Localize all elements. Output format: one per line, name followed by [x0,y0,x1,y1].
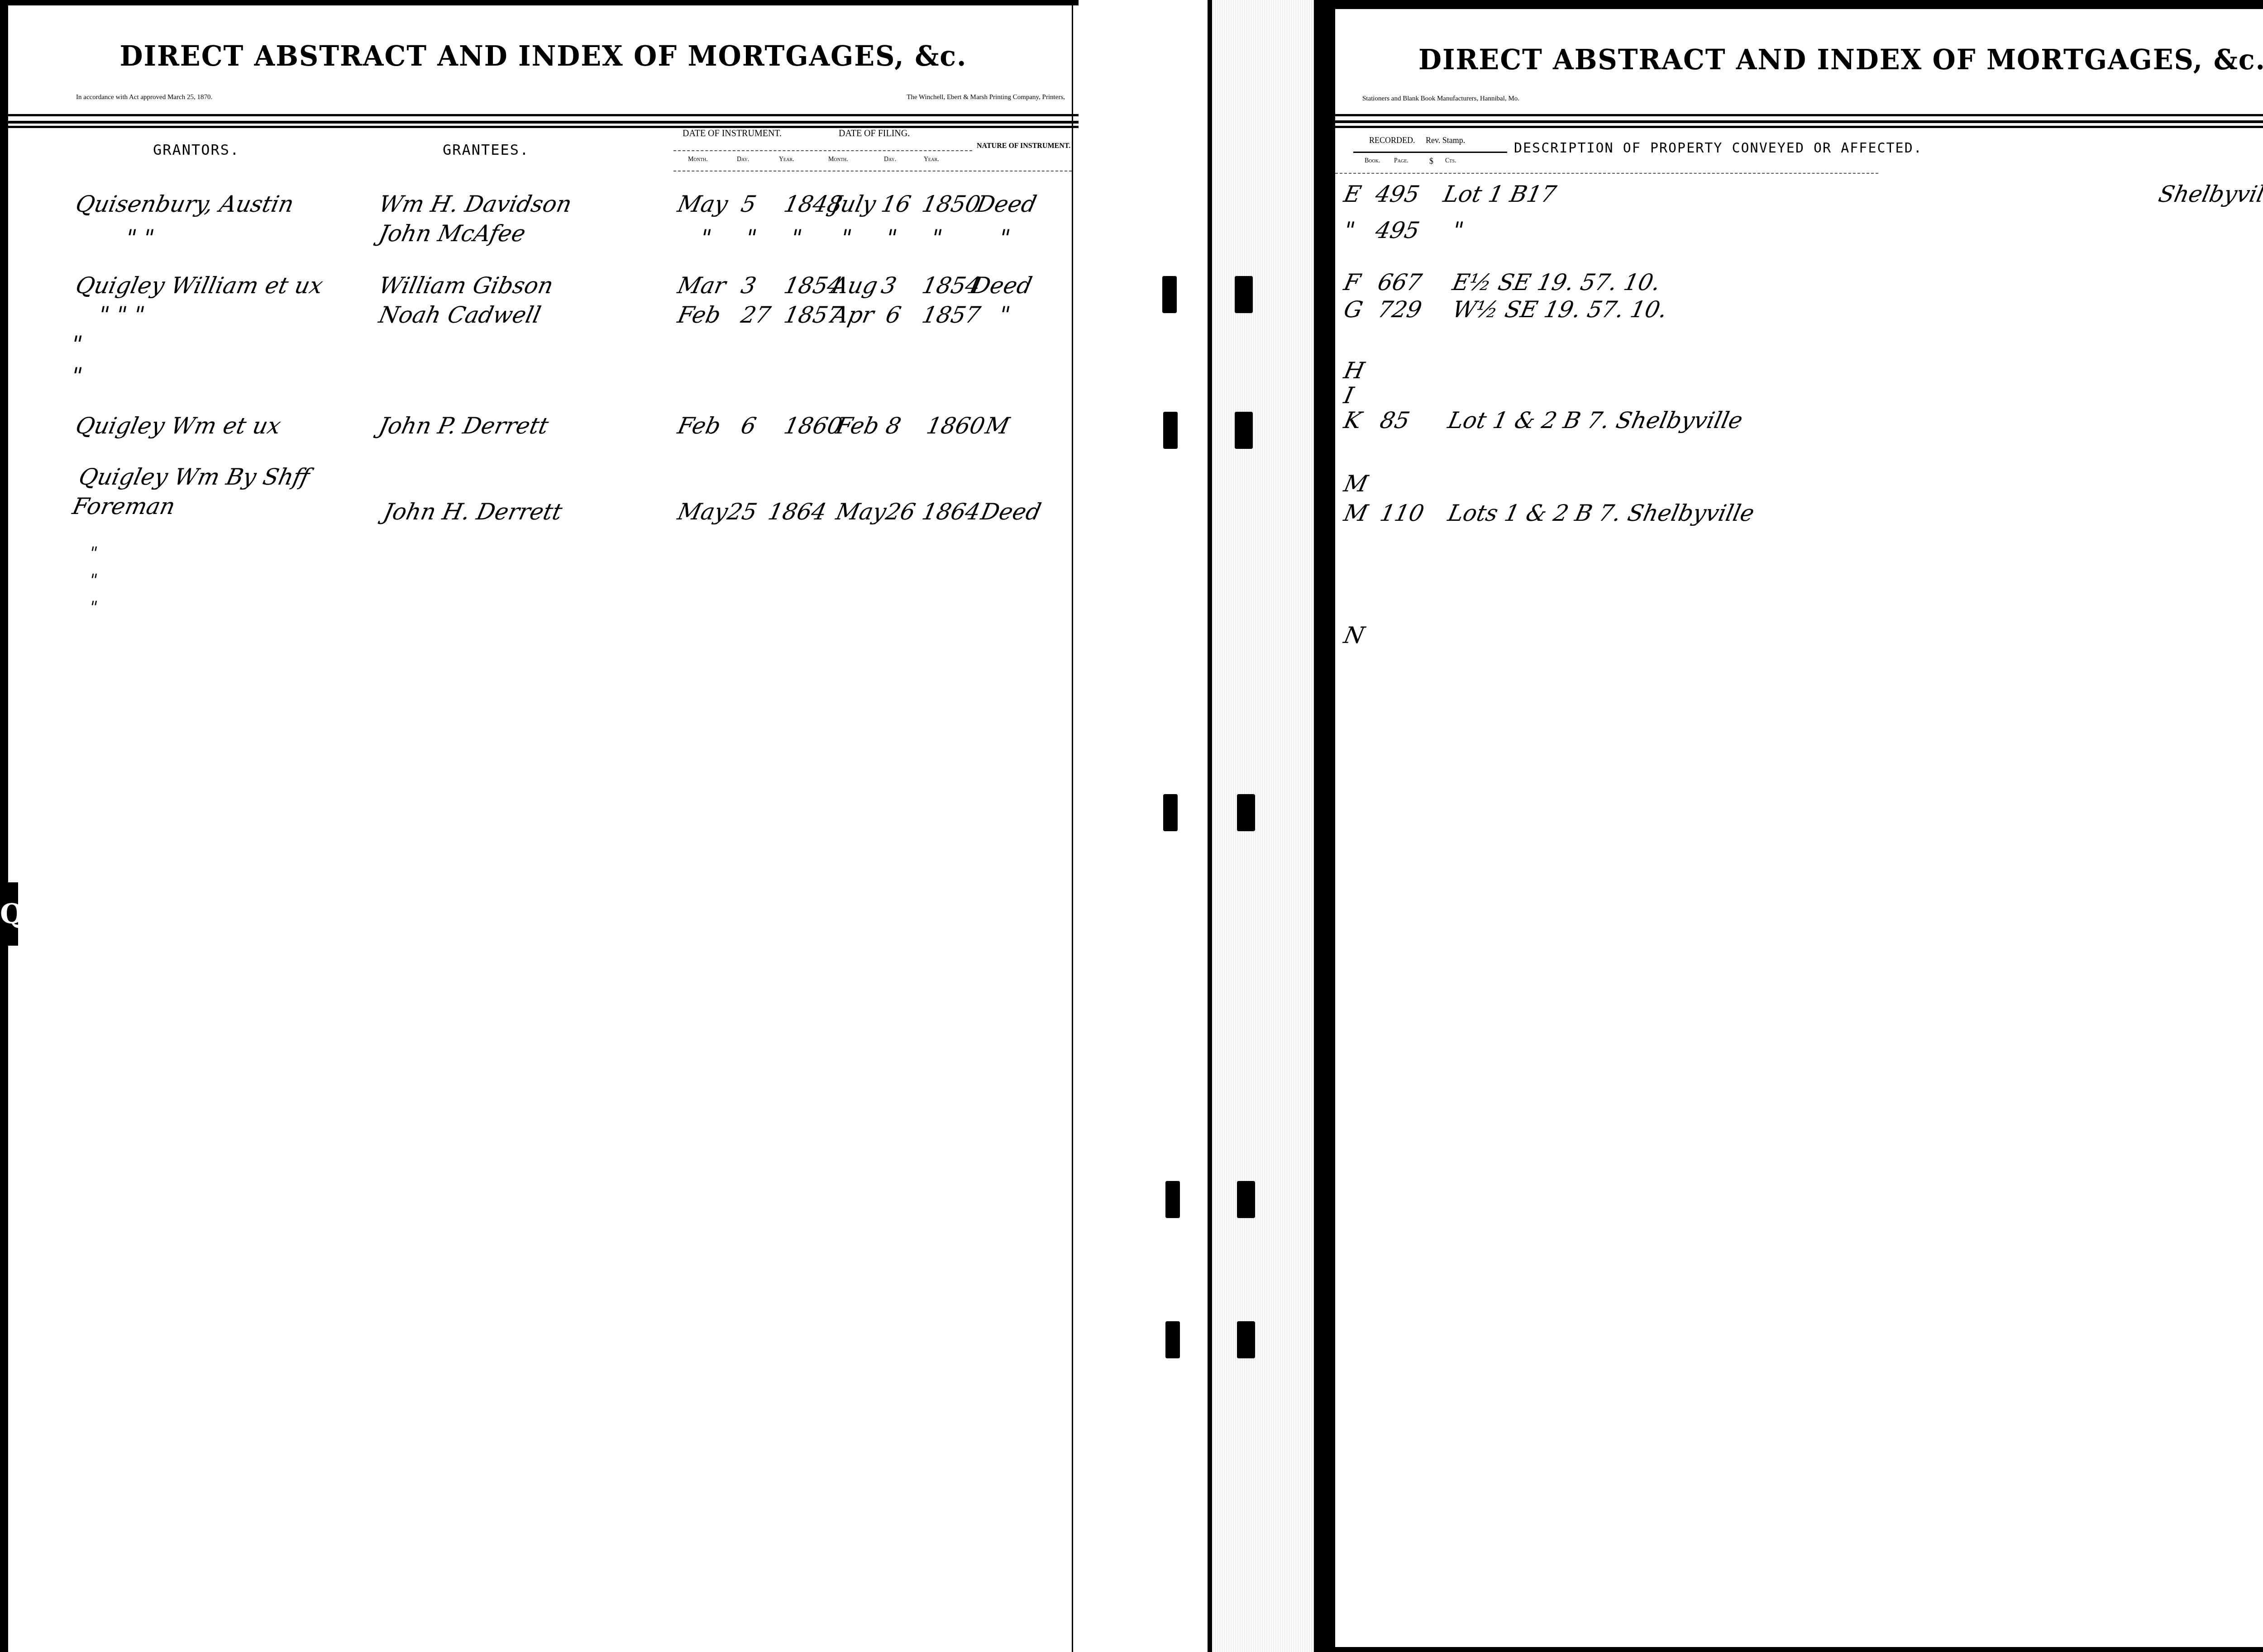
book-letter: H [1342,357,1367,384]
binding-hole [1162,276,1177,313]
index-tab-q[interactable]: Q [0,882,18,946]
page: 729 [1375,296,1424,323]
nature: " [997,225,1012,251]
date-of-filing-header: DATE OF FILING. [839,129,910,139]
recorded-header: RECORDED. [1369,136,1415,145]
binding-hole [1165,1181,1180,1218]
inst-month: Feb [675,302,723,328]
cents-header: Cts. [1445,157,1456,165]
header-bottom-rule [1335,173,1878,175]
file-month: Feb [834,413,882,439]
book-letter: N [1342,622,1367,648]
file-day: 3 [879,272,899,299]
file-day: 6 [883,302,903,328]
nature: Deed [979,499,1044,525]
grantor: Quigley Wm et ux [73,413,283,439]
rev-stamp-header: Rev. Stamp. [1426,136,1465,145]
book-letter: M [1342,471,1370,497]
inst-month: Mar [675,272,728,299]
grantor: " " [123,225,157,251]
grantee: Wm H. Davidson [377,191,574,217]
binding-hole [1163,794,1178,831]
book: E [1342,181,1364,207]
book-spine [1208,0,1212,1652]
grantor: Quigley Wm By Shff Foreman [70,462,399,521]
description: W½ SE 19. 57. 10. [1450,296,1670,323]
date-divider [673,150,972,152]
gutter-left [1079,0,1208,1652]
inst-year: 1864 [766,499,829,525]
nature-header: NATURE OF INSTRUMENT. [977,142,1070,150]
inst-month: " [698,225,714,251]
file-day-header: Day. [884,156,896,163]
grantee: John H. Derrett [381,499,564,525]
recorded-divider [1353,152,1507,154]
description: " [1450,217,1466,243]
file-year: 1857 [920,302,983,328]
inst-day: 25 [725,499,759,525]
file-year: " [929,225,945,251]
file-day: 8 [883,413,903,439]
book: " [1342,217,1357,243]
inst-year-header: Year. [779,156,794,163]
file-day: 26 [883,499,918,525]
dollars-header: $ [1429,157,1433,166]
nature: Deed [974,191,1039,217]
page: 110 [1378,500,1427,526]
description: Lot 1 & 2 B 7. Shelbyville [1446,407,1745,433]
nature: Deed [969,272,1035,299]
file-month-header: Month. [828,156,848,163]
binding-hole [1237,1181,1255,1218]
ditto-mark: " [69,363,85,389]
grantee: John McAfee [377,220,528,247]
file-day: 16 [879,191,913,217]
ditto-mark: " [88,598,99,617]
left-page: DIRECT ABSTRACT AND INDEX OF MORTGAGES, … [8,5,1079,1652]
book: K [1342,407,1364,433]
file-year: 1850 [920,191,983,217]
inst-month: May [675,191,730,217]
inst-day: 3 [739,272,759,299]
binding-hole [1163,412,1178,449]
header-rule [8,121,1079,124]
right-page: DIRECT ABSTRACT AND INDEX OF MORTGAGES, … [1335,9,2263,1647]
binding-hole [1237,794,1255,831]
page: 495 [1373,217,1422,243]
description: Lot 1 B17 [1441,181,1559,207]
inst-day: 5 [739,191,759,217]
grantor: Quisenbury, Austin [73,191,296,217]
inst-month: May [675,499,730,525]
grantor: " " " [96,302,147,328]
page: 85 [1378,407,1412,433]
grantors-header: GRANTORS. [153,141,239,158]
grantee: Noah Cadwell [377,302,544,328]
description: E½ SE 19. 57. 10. [1450,269,1663,295]
description: Lots 1 & 2 B 7. Shelbyville [1446,500,1757,526]
binding-hole [1237,1321,1255,1358]
ditto-mark: " [88,571,99,590]
binding-hole [1165,1321,1180,1358]
file-year: 1864 [920,499,983,525]
ditto-mark: " [69,331,85,357]
imprint-act: In accordance with Act approved March 25… [76,94,212,101]
binding-hole [1235,276,1253,313]
book: F [1342,269,1363,295]
book-header: Book. [1365,157,1380,165]
page-edge-line [1072,5,1073,1652]
header-rule [1335,126,2263,128]
page: 495 [1373,181,1422,207]
grantees-header: GRANTEES. [443,141,529,158]
page-edge-shadow [1314,0,1319,1652]
file-year: 1860 [924,413,988,439]
inst-year: " [788,225,804,251]
page-header: Page. [1394,157,1408,165]
inst-month-header: Month. [688,156,708,163]
header-rule [1335,114,2263,116]
inst-month: Feb [675,413,723,439]
header-rule [8,114,1079,116]
grantee: William Gibson [377,272,556,299]
grantor: Quigley William et ux [73,272,325,299]
inst-day: " [743,225,759,251]
file-year-header: Year. [924,156,939,163]
inst-day: 27 [739,302,773,328]
header-rule [8,126,1079,128]
nature: M [983,413,1012,439]
file-month: " [838,225,854,251]
file-month: May [834,499,889,525]
gutter-right [1212,0,1314,1652]
book: M [1342,500,1370,526]
date-of-instrument-header: DATE OF INSTRUMENT. [683,129,782,139]
file-month: July [829,191,878,217]
header-bottom-rule [673,171,1072,172]
book: G [1342,296,1365,323]
inst-day-header: Day. [737,156,749,163]
left-page-title: DIRECT ABSTRACT AND INDEX OF MORTGAGES, … [35,39,1052,72]
page: 667 [1375,269,1424,295]
book-letter: I [1342,382,1356,409]
inst-day: 6 [739,413,759,439]
imprint-printer: The Winchell, Ebert & Marsh Printing Com… [907,94,1065,101]
header-rule [1335,120,2263,123]
file-month: Aug [829,272,880,299]
file-day: " [883,225,899,251]
nature: " [997,302,1012,328]
imprint-stationers: Stationers and Blank Book Manufacturers,… [1362,95,1519,103]
description-header: DESCRIPTION OF PROPERTY CONVEYED OR AFFE… [1514,140,1923,156]
ditto-mark: " [88,544,99,562]
binding-hole [1235,412,1253,449]
right-page-title: DIRECT ABSTRACT AND INDEX OF MORTGAGES, … [1361,43,2263,76]
location: Shelbyville [2156,181,2263,207]
grantee: John P. Derrett [377,413,551,439]
file-month: Apr [829,302,876,328]
